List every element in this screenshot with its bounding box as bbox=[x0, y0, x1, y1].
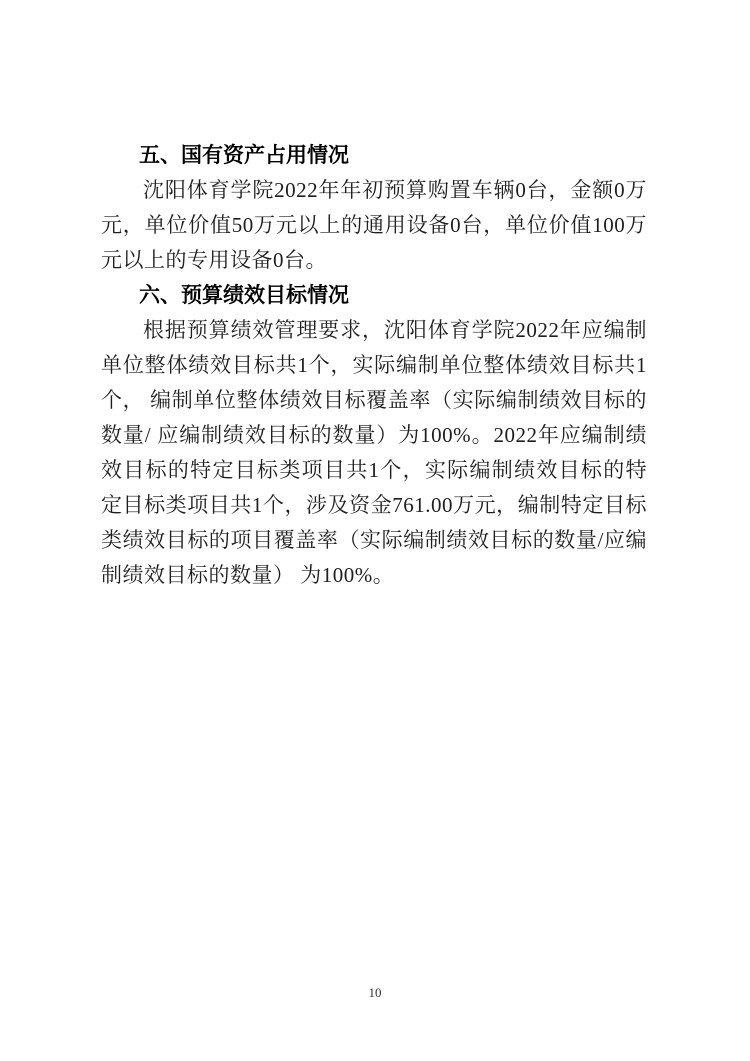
section-budget-performance: 六、预算绩效目标情况 根据预算绩效管理要求，沈阳体育学院2022年应编制单位整体… bbox=[101, 278, 647, 593]
section-heading-budget-performance: 六、预算绩效目标情况 bbox=[101, 278, 647, 313]
page-number: 10 bbox=[369, 985, 382, 1000]
section-paragraph-state-assets: 沈阳体育学院2022年年初预算购置车辆0台，金额0万元，单位价值50万元以上的通… bbox=[101, 173, 647, 278]
page-footer: 10 bbox=[0, 984, 750, 1002]
page-content: 五、国有资产占用情况 沈阳体育学院2022年年初预算购置车辆0台，金额0万元，单… bbox=[101, 138, 647, 593]
document-page: 五、国有资产占用情况 沈阳体育学院2022年年初预算购置车辆0台，金额0万元，单… bbox=[0, 0, 750, 1061]
section-state-assets: 五、国有资产占用情况 沈阳体育学院2022年年初预算购置车辆0台，金额0万元，单… bbox=[101, 138, 647, 278]
section-paragraph-budget-performance: 根据预算绩效管理要求，沈阳体育学院2022年应编制单位整体绩效目标共1个，实际编… bbox=[101, 313, 647, 593]
section-heading-state-assets: 五、国有资产占用情况 bbox=[101, 138, 647, 173]
